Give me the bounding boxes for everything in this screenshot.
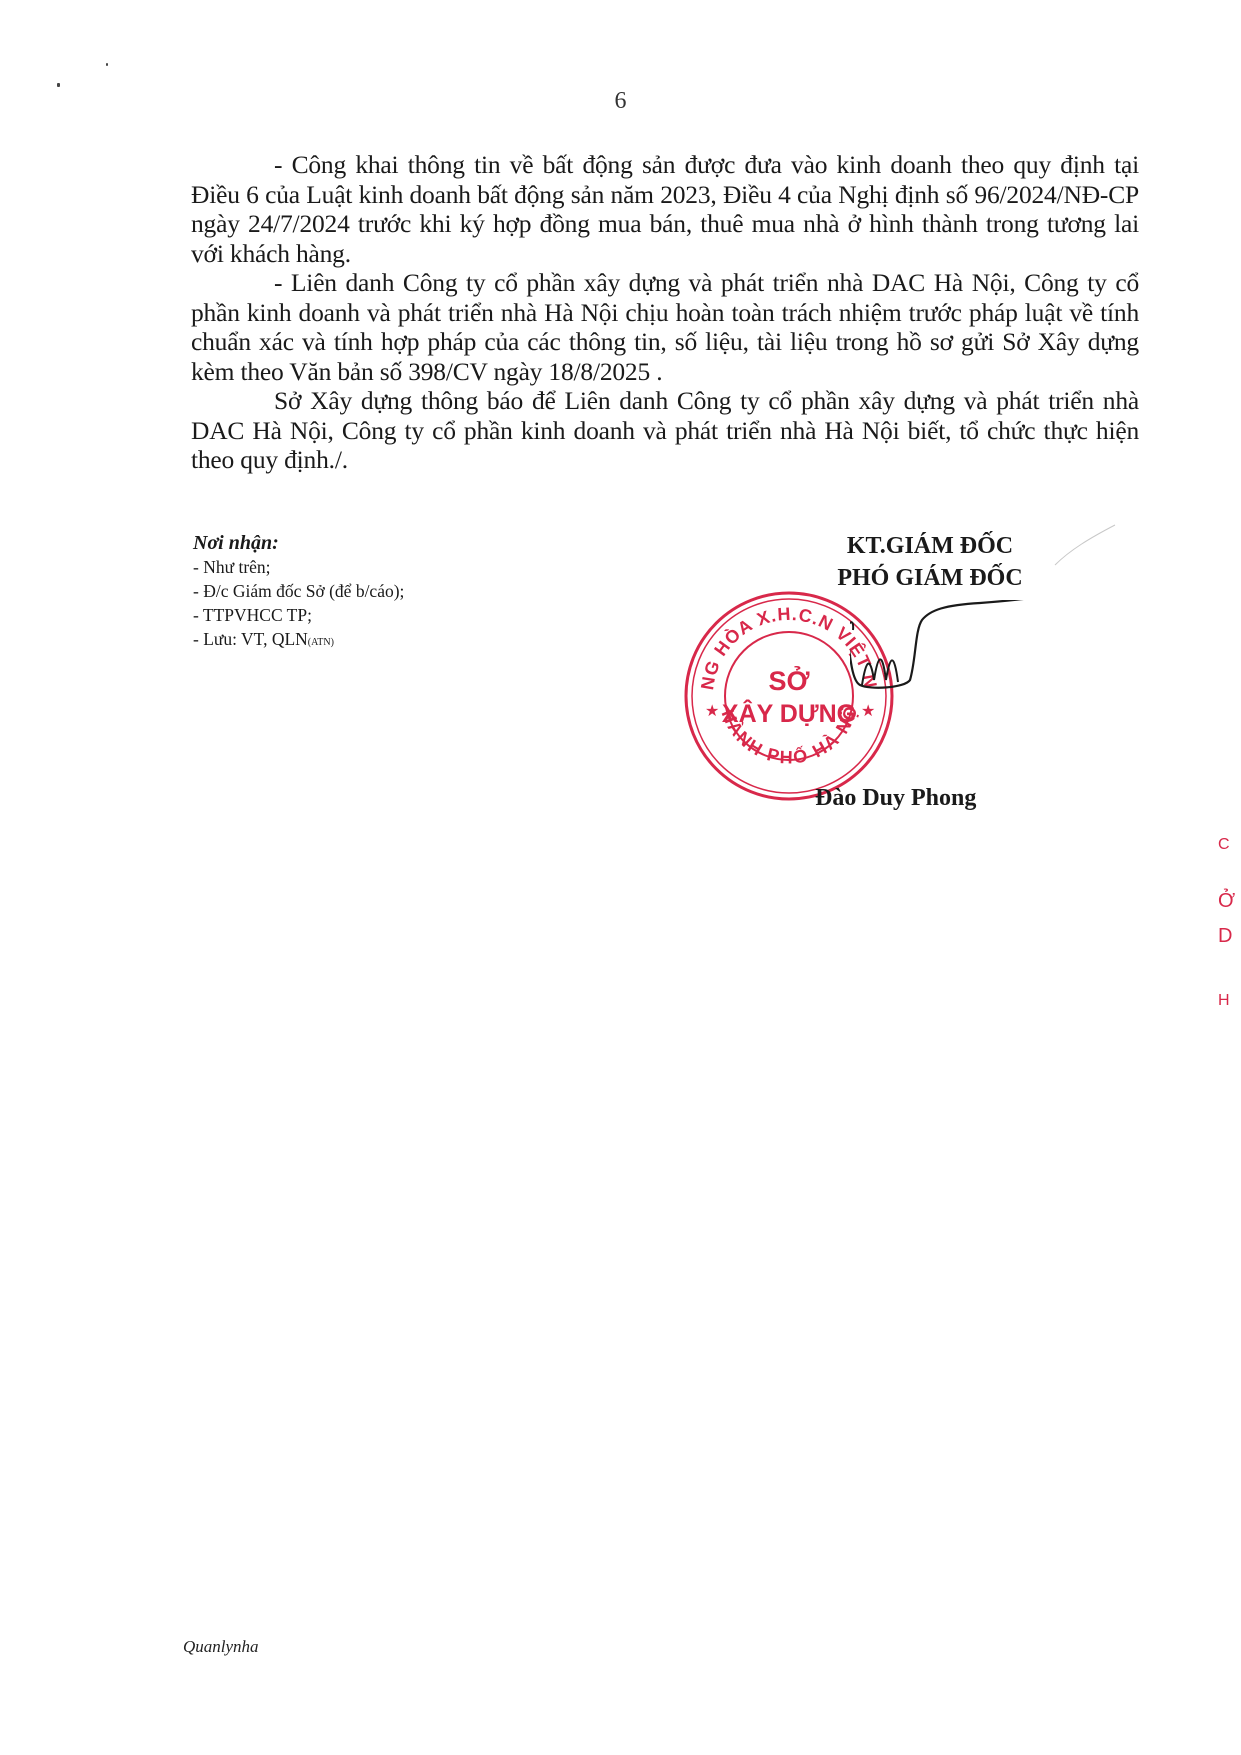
edge-mark: D [1218, 925, 1232, 948]
svg-text:XÂY DỰNG: XÂY DỰNG [722, 698, 856, 728]
svg-text:SỞ: SỞ [768, 664, 809, 696]
edge-mark: H [1218, 992, 1230, 1010]
handwritten-signature-icon [850, 600, 1080, 740]
edge-stamp-fragment: C Ở D H [1218, 820, 1241, 1030]
signer-name: Đào Duy Phong [815, 785, 976, 812]
scan-speck [106, 63, 108, 66]
scan-speck [57, 83, 60, 87]
recipient-item: - Đ/c Giám đốc Sở (để b/cáo); [193, 579, 404, 603]
edge-mark: Ở [1218, 890, 1235, 913]
recipient-subscript: (ATN) [308, 637, 334, 648]
footer-label: Quanlynha [183, 1637, 259, 1657]
recipient-item: - Lưu: VT, QLN(ATN) [193, 627, 404, 655]
recipients-list: Nơi nhận: - Như trên; - Đ/c Giám đốc Sở … [193, 531, 404, 655]
recipient-item: - Như trên; [193, 555, 404, 579]
recipient-item: - TTPVHCC TP; [193, 603, 404, 627]
paragraph-disclosure: - Công khai thông tin về bất động sản đư… [191, 150, 1139, 268]
paragraph-notice: Sở Xây dựng thông báo để Liên danh Công … [191, 386, 1139, 475]
recipient-item-text: - Lưu: VT, QLN [193, 629, 308, 649]
recipients-heading: Nơi nhận: [193, 531, 404, 555]
paragraph-responsibility: - Liên danh Công ty cổ phần xây dựng và … [191, 268, 1139, 386]
document-body: - Công khai thông tin về bất động sản đư… [191, 150, 1139, 475]
svg-text:★: ★ [705, 703, 719, 720]
edge-mark: C [1218, 836, 1230, 854]
faint-pen-mark [1050, 520, 1120, 570]
page-number: 6 [0, 88, 1241, 115]
